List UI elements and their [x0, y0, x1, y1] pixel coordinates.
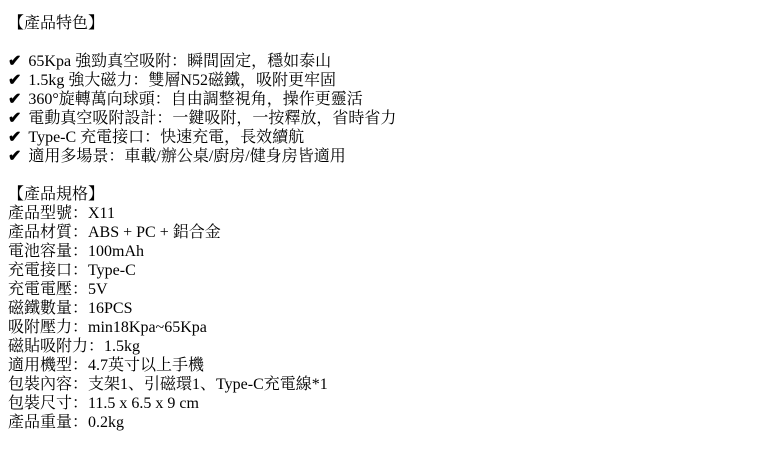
check-icon: ✔	[8, 109, 21, 128]
feature-item: ✔適用多場景：車載/辦公桌/廚房/健身房皆適用	[8, 147, 770, 166]
specs-section-title: 【產品規格】	[8, 185, 770, 204]
check-icon: ✔	[8, 52, 21, 71]
feature-item: ✔1.5kg 強大磁力：雙層N52磁鐵，吸附更牢固	[8, 71, 770, 90]
feature-item: ✔65Kpa 強勁真空吸附：瞬間固定，穩如泰山	[8, 52, 770, 71]
spec-row: 產品重量：0.2kg	[8, 413, 770, 432]
spec-row: 充電電壓：5V	[8, 280, 770, 299]
spec-row: 適用機型：4.7英寸以上手機	[8, 356, 770, 375]
spec-row: 吸附壓力：min18Kpa~65Kpa	[8, 318, 770, 337]
blank-line	[8, 166, 770, 185]
check-icon: ✔	[8, 90, 21, 109]
check-icon: ✔	[8, 147, 21, 166]
feature-item: ✔360°旋轉萬向球頭：自由調整視角，操作更靈活	[8, 90, 770, 109]
feature-text: 360°旋轉萬向球頭：自由調整視角，操作更靈活	[28, 91, 362, 108]
spec-row: 產品型號：X11	[8, 204, 770, 223]
feature-text: 適用多場景：車載/辦公桌/廚房/健身房皆適用	[28, 148, 345, 165]
spec-row: 產品材質：ABS + PC + 鋁合金	[8, 223, 770, 242]
feature-item: ✔電動真空吸附設計：一鍵吸附，一按釋放，省時省力	[8, 109, 770, 128]
spec-row: 充電接口：Type-C	[8, 261, 770, 280]
spec-row: 磁貼吸附力：1.5kg	[8, 337, 770, 356]
feature-text: 65Kpa 強勁真空吸附：瞬間固定，穩如泰山	[28, 53, 331, 70]
product-description-document: 【產品特色】 ✔65Kpa 強勁真空吸附：瞬間固定，穩如泰山 ✔1.5kg 強大…	[0, 0, 780, 432]
feature-text: 1.5kg 強大磁力：雙層N52磁鐵，吸附更牢固	[28, 72, 336, 89]
spec-row: 電池容量：100mAh	[8, 242, 770, 261]
spec-row: 包裝內容：支架1、引磁環1、Type-C充電線*1	[8, 375, 770, 394]
features-section-title: 【產品特色】	[8, 14, 770, 33]
spec-row: 包裝尺寸：11.5 x 6.5 x 9 cm	[8, 394, 770, 413]
feature-text: 電動真空吸附設計：一鍵吸附，一按釋放，省時省力	[28, 110, 396, 127]
feature-text: Type-C 充電接口：快速充電，長效續航	[28, 129, 304, 146]
blank-line	[8, 33, 770, 52]
check-icon: ✔	[8, 128, 21, 147]
spec-row: 磁鐵數量：16PCS	[8, 299, 770, 318]
check-icon: ✔	[8, 71, 21, 90]
feature-item: ✔Type-C 充電接口：快速充電，長效續航	[8, 128, 770, 147]
